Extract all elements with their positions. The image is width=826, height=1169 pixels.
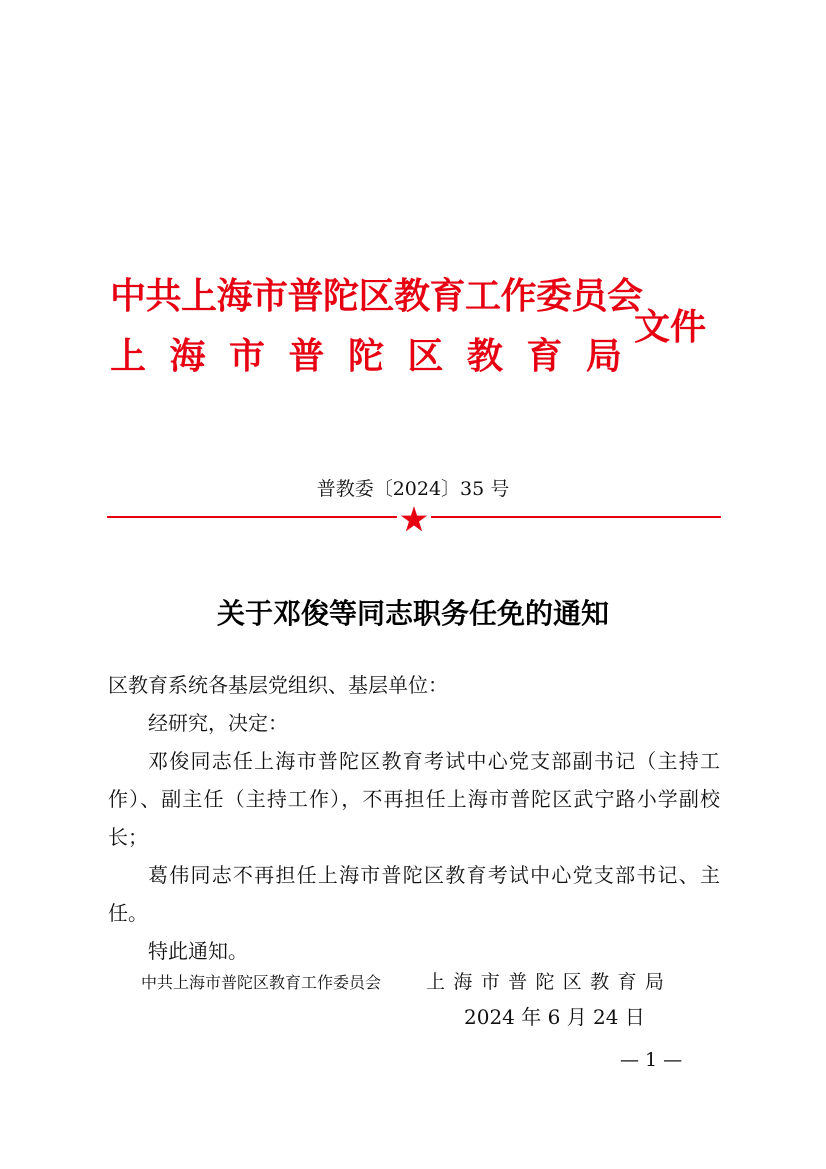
- issuer-education-bureau: 上 海 市 普 陀 区 教 育 局: [110, 334, 622, 378]
- divider-line-right: [431, 516, 721, 518]
- divider-line-left: [107, 516, 397, 518]
- signature-party-committee: 中共上海市普陀区教育工作委员会: [141, 970, 381, 996]
- signature-education-bureau: 上 海 市 普 陀 区 教 育 局: [426, 967, 664, 997]
- star-icon: [400, 505, 428, 533]
- issuer-char: 海: [169, 334, 205, 378]
- document-title: 关于邓俊等同志职务任免的通知: [0, 594, 826, 634]
- body-paragraph: 特此通知。: [108, 932, 720, 970]
- signature-char: 陀: [535, 967, 554, 997]
- signature-char: 上: [426, 967, 445, 997]
- signature-char: 市: [481, 967, 500, 997]
- issuer-party-committee: 中共上海市普陀区教育工作委员会: [110, 274, 622, 318]
- signature-char: 普: [508, 967, 527, 997]
- issuer-char: 陀: [348, 334, 384, 378]
- signature-char: 海: [453, 967, 472, 997]
- issuer-char: 育: [526, 334, 562, 378]
- document-suffix: 文件: [634, 305, 706, 349]
- signature-char: 区: [563, 967, 582, 997]
- signature-char: 育: [618, 967, 637, 997]
- body-paragraph: 葛伟同志不再担任上海市普陀区教育考试中心党支部书记、主任。: [108, 856, 720, 932]
- issuer-char: 教: [467, 334, 503, 378]
- salutation: 区教育系统各基层党组织、基层单位：: [108, 666, 720, 704]
- signature-char: 局: [645, 967, 664, 997]
- body-paragraph: 邓俊同志任上海市普陀区教育考试中心党支部副书记（主持工作）、副主任（主持工作），…: [108, 742, 720, 856]
- issuer-char: 局: [586, 334, 622, 378]
- body-paragraph: 经研究，决定：: [108, 704, 720, 742]
- signature-date: 2024 年 6 月 24 日: [464, 1002, 645, 1032]
- document-body: 区教育系统各基层党组织、基层单位： 经研究，决定： 邓俊同志任上海市普陀区教育考…: [108, 666, 720, 970]
- signature-char: 教: [590, 967, 609, 997]
- page-number: — 1 —: [620, 1046, 682, 1074]
- document-number: 普教委〔2024〕35 号: [0, 476, 826, 502]
- issuer-char: 区: [407, 334, 443, 378]
- issuer-char: 普: [288, 334, 324, 378]
- issuer-char: 市: [229, 334, 265, 378]
- issuer-char: 上: [110, 334, 146, 378]
